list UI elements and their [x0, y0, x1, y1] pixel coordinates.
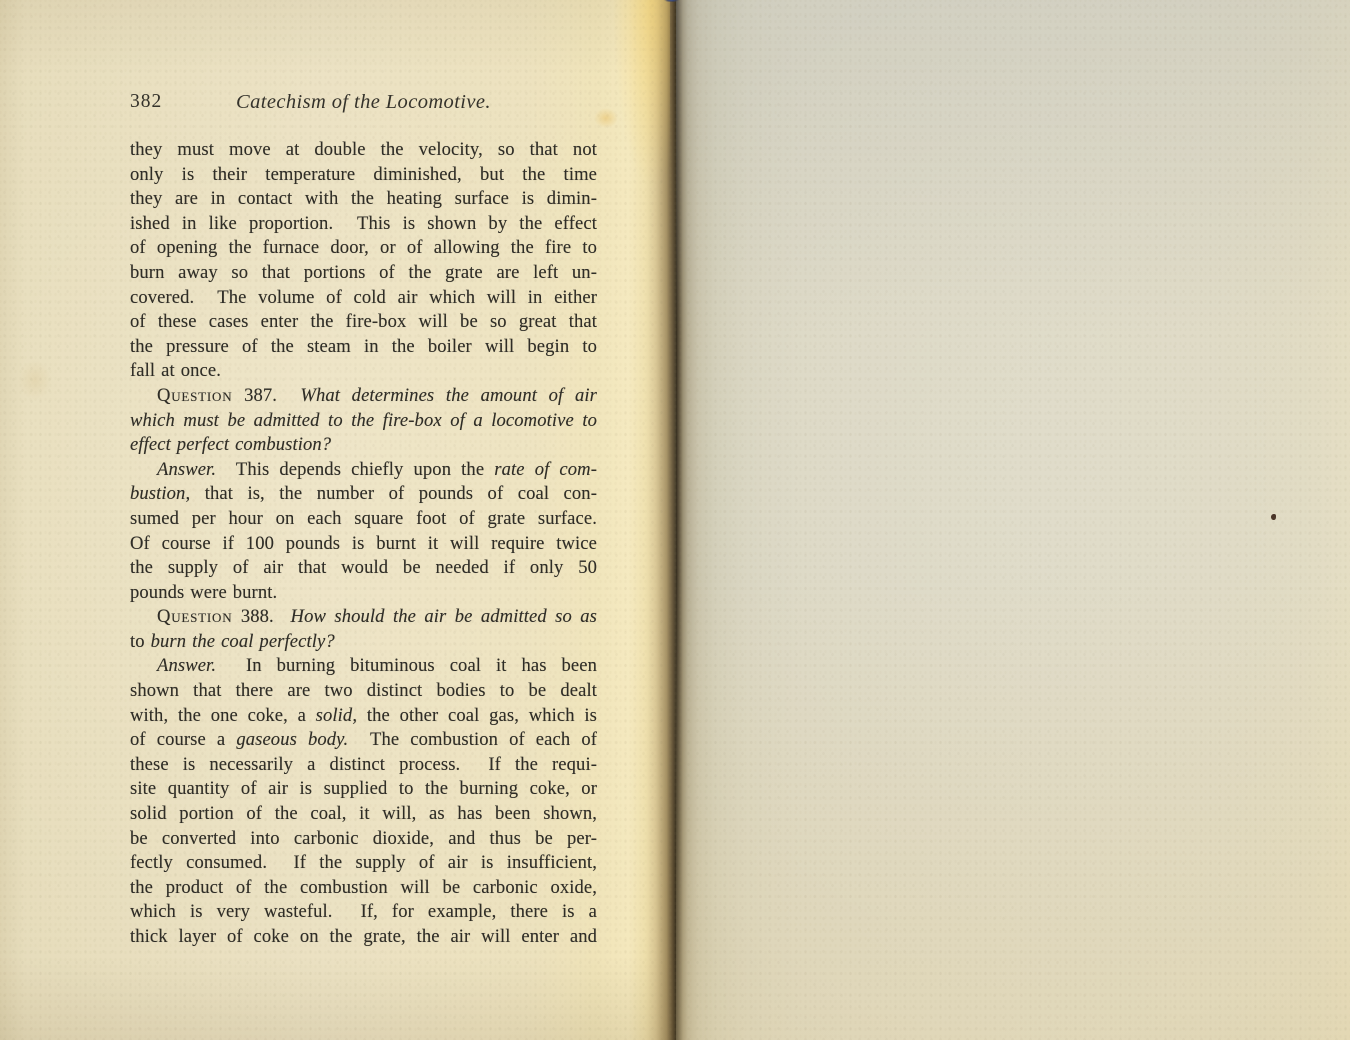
body-text: fectly consumed. If the supply of air is…: [130, 852, 597, 873]
text-line: the pressure of the steam in the boiler …: [130, 335, 597, 360]
text-line: they are in contact with the heating sur…: [130, 187, 597, 212]
body-text: only is their temperature diminished, bu…: [130, 164, 597, 185]
text-line: of these cases enter the fire-box will b…: [130, 310, 597, 335]
text-line: effect perfect combustion?: [130, 433, 597, 458]
text-line: to burn the coal perfectly?: [130, 630, 597, 655]
text-line: of course a gaseous body. The combustion…: [130, 728, 597, 753]
text-line: of opening the furnace door, or of allow…: [130, 236, 597, 261]
text-line: which is very wasteful. If, for example,…: [130, 900, 597, 925]
italic-text: gaseous body.: [236, 729, 348, 750]
italic-text: which must be admitted to the fire-box o…: [130, 410, 597, 431]
text-line: bustion, that is, the number of pounds o…: [130, 482, 597, 507]
text-line: Question 387. What determines the amount…: [130, 384, 597, 409]
body-text: they must move at double the velocity, s…: [130, 139, 597, 160]
text-line: Question 388. How should the air be admi…: [130, 605, 597, 630]
body-text: of these cases enter the fire-box will b…: [130, 311, 597, 332]
text-line: be converted into carbonic dioxide, and …: [130, 827, 597, 852]
question-label: Question: [157, 606, 232, 627]
body-text: to: [130, 631, 151, 652]
body-text: the pressure of the steam in the boiler …: [130, 336, 597, 357]
text-line: site quantity of air is supplied to the …: [130, 777, 597, 802]
text-line: fectly consumed. If the supply of air is…: [130, 851, 597, 876]
text-line: ished in like proportion. This is shown …: [130, 212, 597, 237]
open-book-scan: 382 Catechism of the Locomotive. they mu…: [0, 0, 1350, 1040]
text-line: they must move at double the velocity, s…: [130, 138, 597, 163]
body-text: the other coal gas, which is: [357, 705, 597, 726]
text-line: thick layer of coke on the grate, the ai…: [130, 925, 597, 950]
text-line: sumed per hour on each square foot of gr…: [130, 507, 597, 532]
italic-text: solid,: [316, 705, 357, 726]
right-page: 383 Combustion. unite with the lower lay…: [676, 0, 1350, 1040]
left-running-title: Catechism of the Locomotive.: [130, 91, 597, 114]
italic-text: bustion,: [130, 483, 190, 504]
body-text: pounds were burnt.: [130, 582, 277, 603]
text-line: with, the one coke, a solid, the other c…: [130, 704, 597, 729]
italic-text: How should the air be admitted so as: [291, 606, 597, 627]
text-line: the product of the combustion will be ca…: [130, 876, 597, 901]
body-text: 387.: [232, 385, 300, 406]
body-text: with, the one coke, a: [130, 705, 316, 726]
italic-text: effect perfect combustion?: [130, 434, 331, 455]
body-text: The combustion of each of: [348, 729, 597, 750]
text-line: burn away so that portions of the grate …: [130, 261, 597, 286]
body-text: be converted into carbonic dioxide, and …: [130, 828, 597, 849]
body-text: covered. The volume of cold air which wi…: [130, 287, 597, 308]
body-text: Of course if 100 pounds is burnt it will…: [130, 533, 597, 554]
italic-text: rate of com-: [494, 459, 597, 480]
body-text: fall at once.: [130, 360, 221, 381]
body-text: ished in like proportion. This is shown …: [130, 213, 597, 234]
italic-text: burn the coal perfectly?: [151, 631, 335, 652]
text-line: covered. The volume of cold air which wi…: [130, 286, 597, 311]
body-text: 388.: [232, 606, 290, 627]
italic-text: Answer.: [157, 655, 216, 676]
body-text: thick layer of coke on the grate, the ai…: [130, 926, 597, 947]
question-label: Question: [157, 385, 232, 406]
text-line: Of course if 100 pounds is burnt it will…: [130, 532, 597, 557]
body-text: burn away so that portions of the grate …: [130, 262, 597, 283]
italic-text: What determines the amount of air: [300, 385, 597, 406]
spine-binding-speck: [664, 0, 679, 8]
page-stain: [594, 108, 618, 128]
body-text: of opening the furnace door, or of allow…: [130, 237, 597, 258]
body-text: shown that there are two distinct bodies…: [130, 680, 597, 701]
text-line: only is their temperature diminished, bu…: [130, 163, 597, 188]
body-text: they are in contact with the heating sur…: [130, 188, 597, 209]
body-text: of course a: [130, 729, 236, 750]
left-page: 382 Catechism of the Locomotive. they mu…: [0, 0, 676, 1040]
body-text: solid portion of the coal, it will, as h…: [130, 803, 597, 824]
text-line: these is necessarily a distinct process.…: [130, 753, 597, 778]
body-text: This depends chiefly upon the: [216, 459, 494, 480]
text-line: the supply of air that would be needed i…: [130, 556, 597, 581]
text-line: pounds were burnt.: [130, 581, 597, 606]
left-page-number: 382: [130, 91, 162, 113]
body-text: the product of the combustion will be ca…: [130, 877, 597, 898]
italic-text: Answer.: [157, 459, 216, 480]
left-page-header: 382 Catechism of the Locomotive.: [130, 91, 597, 119]
text-line: Answer. In burning bituminous coal it ha…: [130, 654, 597, 679]
body-text: the supply of air that would be needed i…: [130, 557, 597, 578]
text-line: shown that there are two distinct bodies…: [130, 679, 597, 704]
body-text: these is necessarily a distinct process.…: [130, 754, 597, 775]
text-line: which must be admitted to the fire-box o…: [130, 409, 597, 434]
body-text: that is, the number of pounds of coal co…: [190, 483, 597, 504]
text-line: solid portion of the coal, it will, as h…: [130, 802, 597, 827]
body-text: site quantity of air is supplied to the …: [130, 778, 597, 799]
text-line: Answer. This depends chiefly upon the ra…: [130, 458, 597, 483]
left-text-block: they must move at double the velocity, s…: [130, 138, 597, 950]
body-text: In burning bituminous coal it has been: [216, 655, 597, 676]
page-stain: [18, 360, 52, 400]
body-text: which is very wasteful. If, for example,…: [130, 901, 597, 922]
ink-speck: [1271, 514, 1276, 520]
body-text: sumed per hour on each square foot of gr…: [130, 508, 597, 529]
text-line: fall at once.: [130, 359, 597, 384]
